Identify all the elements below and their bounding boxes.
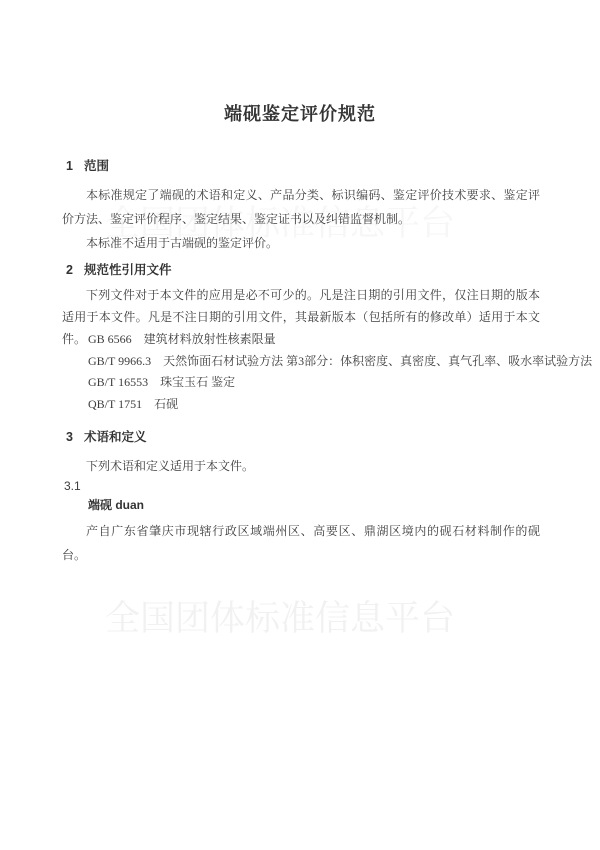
section-1-body: 本标准规定了端砚的术语和定义、产品分类、标识编码、鉴定评价技术要求、鉴定评价方法… (62, 183, 540, 255)
section-3-intro: 下列术语和定义适用于本文件。 (62, 454, 540, 478)
term-definition: 产自广东省肇庆市现辖行政区域端州区、高要区、鼎湖区境内的砚石材料制作的砚台。 (62, 519, 540, 567)
section-1-heading: 1范围 (66, 156, 109, 174)
paragraph: 下列术语和定义适用于本文件。 (62, 454, 540, 478)
section-2-number: 2 (66, 263, 73, 277)
paragraph: 本标准规定了端砚的术语和定义、产品分类、标识编码、鉴定评价技术要求、鉴定评价方法… (62, 183, 540, 231)
section-1-number: 1 (66, 159, 73, 173)
section-2-heading: 2规范性引用文件 (66, 260, 171, 278)
section-3-heading: 3术语和定义 (66, 427, 146, 445)
term-title: 端砚 duan (88, 496, 144, 513)
reference-item: QB/T 1751 石砚 (88, 394, 592, 416)
section-1-heading-label: 范围 (84, 159, 109, 173)
reference-item: GB/T 9966.3 天然饰面石材试验方法 第3部分：体积密度、真密度、真气孔… (88, 351, 592, 373)
paragraph: 产自广东省肇庆市现辖行政区域端州区、高要区、鼎湖区境内的砚石材料制作的砚台。 (62, 519, 540, 567)
section-3-heading-label: 术语和定义 (84, 430, 147, 444)
section-2-heading-label: 规范性引用文件 (84, 263, 172, 277)
reference-item: GB 6566 建筑材料放射性核素限量 (88, 329, 592, 351)
reference-item: GB/T 16553 珠宝玉石 鉴定 (88, 372, 592, 394)
paragraph: 本标准不适用于古端砚的鉴定评价。 (62, 231, 540, 255)
section-3-number: 3 (66, 430, 73, 444)
watermark-lower: 全国团体标准信息平台 (0, 591, 560, 641)
document-page: 全国团体标准信息平台 全国团体标准信息平台 端砚鉴定评价规范 1范围 本标准规定… (0, 0, 600, 850)
document-title: 端砚鉴定评价规范 (0, 100, 600, 126)
term-number: 3.1 (64, 479, 81, 493)
normative-reference-list: GB 6566 建筑材料放射性核素限量 GB/T 9966.3 天然饰面石材试验… (88, 329, 592, 415)
